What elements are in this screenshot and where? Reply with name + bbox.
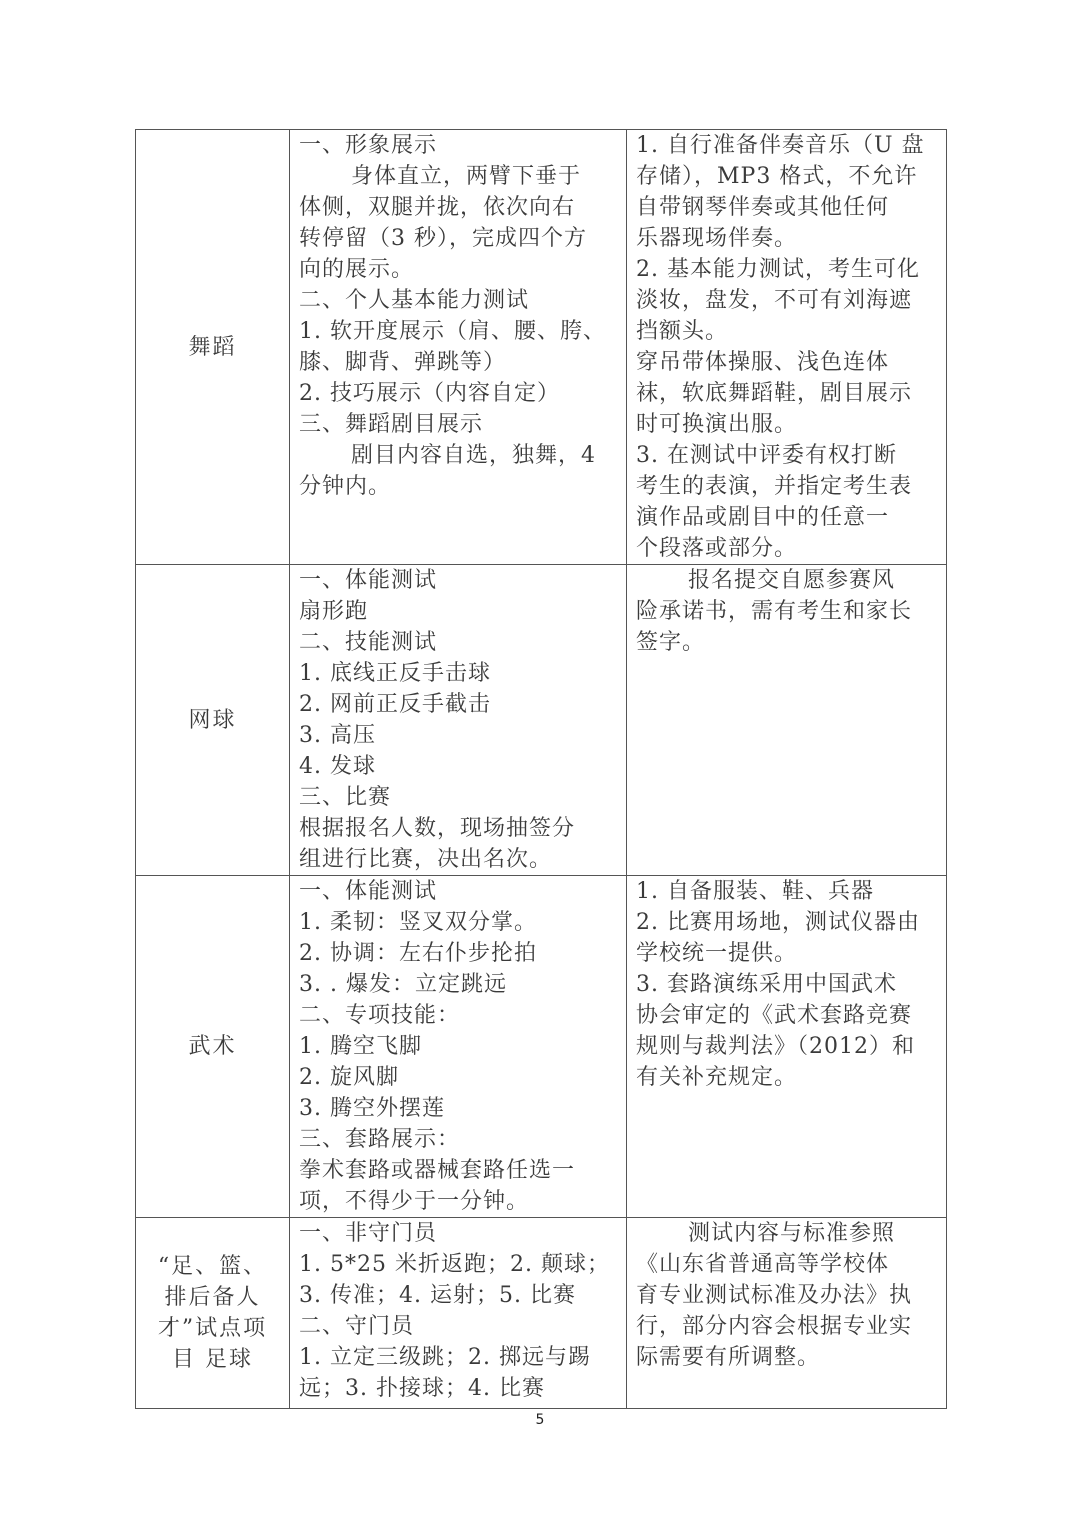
note-line: 3. 在测试中评委有权打断 [636, 440, 938, 471]
test-content-line: 3. . 爆发：立定跳远 [299, 969, 618, 1000]
note-line: 测试内容与标准参照 [636, 1218, 938, 1249]
test-content-line: 二、个人基本能力测试 [299, 285, 618, 316]
note-line: 2. 比赛用场地，测试仪器由 [636, 907, 938, 938]
page-number: 5 [0, 1412, 1080, 1428]
test-content-line: 1. 软开度展示（肩、腰、胯、 [299, 316, 618, 347]
requirements-notes-cell: 测试内容与标准参照《山东省普通高等学校体育专业测试标准及办法》执行，部分内容会根… [627, 1218, 947, 1409]
test-content-line: 体侧，双腿并拢，依次向右 [299, 192, 618, 223]
test-content-line: 剧目内容自选，独舞，4 [299, 440, 618, 471]
test-content-line: 向的展示。 [299, 254, 618, 285]
test-content-line: 1. 5*25 米折返跑；2. 颠球； [299, 1249, 618, 1280]
note-line: 行，部分内容会根据专业实 [636, 1311, 938, 1342]
table-row-football: “足、篮、排后备人才”试点项目 足球 一、非守门员1. 5*25 米折返跑；2.… [136, 1218, 947, 1409]
note-line: 协会审定的《武术套路竞赛 [636, 1000, 938, 1031]
table-row-dance: 舞蹈 一、形象展示身体直立，两臂下垂于体侧，双腿并拢，依次向右转停留（3 秒），… [136, 130, 947, 565]
note-line: 自带钢琴伴奏或其他任何 [636, 192, 938, 223]
test-content-line: 3. 高压 [299, 720, 618, 751]
note-line: 《山东省普通高等学校体 [636, 1249, 938, 1280]
note-line: 规则与裁判法》（2012）和 [636, 1031, 938, 1062]
requirements-notes-cell: 报名提交自愿参赛风险承诺书，需有考生和家长签字。 [627, 565, 947, 876]
note-line: 险承诺书，需有考生和家长 [636, 596, 938, 627]
table-row-tennis: 网球 一、体能测试扇形跑二、技能测试1. 底线正反手击球2. 网前正反手截击3.… [136, 565, 947, 876]
event-name-line: 武术 [142, 1031, 283, 1062]
note-line: 学校统一提供。 [636, 938, 938, 969]
test-content-line: 1. 立定三级跳；2. 掷远与踢 [299, 1342, 618, 1373]
note-line: 签字。 [636, 627, 938, 658]
note-line: 穿吊带体操服、浅色连体 [636, 347, 938, 378]
document-page: 舞蹈 一、形象展示身体直立，两臂下垂于体侧，双腿并拢，依次向右转停留（3 秒），… [0, 0, 1080, 1528]
test-content-cell: 一、非守门员1. 5*25 米折返跑；2. 颠球；3. 传准；4. 运射；5. … [290, 1218, 627, 1409]
note-line: 时可换演出服。 [636, 409, 938, 440]
test-content-line: 1. 底线正反手击球 [299, 658, 618, 689]
test-content-line: 1. 柔韧：竖叉双分掌。 [299, 907, 618, 938]
test-content-line: 膝、脚背、弹跳等） [299, 347, 618, 378]
test-content-line: 2. 协调：左右仆步抡拍 [299, 938, 618, 969]
test-content-line: 一、体能测试 [299, 565, 618, 596]
test-content-line: 3. 传准；4. 运射；5. 比赛 [299, 1280, 618, 1311]
test-content-line: 一、体能测试 [299, 876, 618, 907]
test-content-line: 三、舞蹈剧目展示 [299, 409, 618, 440]
event-name-line: 排后备人 [142, 1282, 283, 1313]
test-content-line: 一、形象展示 [299, 130, 618, 161]
test-content-line: 根据报名人数，现场抽签分 [299, 813, 618, 844]
test-content-line: 扇形跑 [299, 596, 618, 627]
event-name-cell: “足、篮、排后备人才”试点项目 足球 [136, 1218, 290, 1409]
event-name-cell: 武术 [136, 876, 290, 1218]
event-name-cell: 舞蹈 [136, 130, 290, 565]
test-content-line: 3. 腾空外摆莲 [299, 1093, 618, 1124]
test-content-line: 分钟内。 [299, 471, 618, 502]
test-content-line: 4. 发球 [299, 751, 618, 782]
test-content-line: 1. 腾空飞脚 [299, 1031, 618, 1062]
note-line: 有关补充规定。 [636, 1062, 938, 1093]
test-content-line: 2. 旋风脚 [299, 1062, 618, 1093]
test-content-line: 三、比赛 [299, 782, 618, 813]
note-line: 际需要有所调整。 [636, 1342, 938, 1373]
test-content-line: 2. 网前正反手截击 [299, 689, 618, 720]
note-line: 报名提交自愿参赛风 [636, 565, 938, 596]
test-content-cell: 一、形象展示身体直立，两臂下垂于体侧，双腿并拢，依次向右转停留（3 秒），完成四… [290, 130, 627, 565]
note-line: 3. 套路演练采用中国武术 [636, 969, 938, 1000]
requirements-notes-cell: 1. 自备服装、鞋、兵器2. 比赛用场地，测试仪器由学校统一提供。3. 套路演练… [627, 876, 947, 1218]
test-content-cell: 一、体能测试扇形跑二、技能测试1. 底线正反手击球2. 网前正反手截击3. 高压… [290, 565, 627, 876]
note-line: 乐器现场伴奏。 [636, 223, 938, 254]
event-name-line: 舞蹈 [142, 332, 283, 363]
test-content-line: 组进行比赛，决出名次。 [299, 844, 618, 875]
note-line: 考生的表演，并指定考生表 [636, 471, 938, 502]
table-row-wushu: 武术 一、体能测试1. 柔韧：竖叉双分掌。2. 协调：左右仆步抡拍3. . 爆发… [136, 876, 947, 1218]
test-content-line: 转停留（3 秒），完成四个方 [299, 223, 618, 254]
note-line: 演作品或剧目中的任意一 [636, 502, 938, 533]
note-line: 淡妆，盘发，不可有刘海遮 [636, 285, 938, 316]
event-name-line: 目 足球 [142, 1344, 283, 1375]
note-line: 袜，软底舞蹈鞋，剧目展示 [636, 378, 938, 409]
test-content-line: 拳术套路或器械套路任选一 [299, 1155, 618, 1186]
test-content-line: 三、套路展示： [299, 1124, 618, 1155]
test-content-line: 远；3. 扑接球；4. 比赛 [299, 1373, 618, 1404]
note-line: 2. 基本能力测试，考生可化 [636, 254, 938, 285]
note-line: 挡额头。 [636, 316, 938, 347]
note-line: 存储），MP3 格式，不允许 [636, 161, 938, 192]
test-content-line: 二、技能测试 [299, 627, 618, 658]
event-name-line: 网球 [142, 705, 283, 736]
note-line: 1. 自行准备伴奏音乐（U 盘 [636, 130, 938, 161]
exam-requirements-table: 舞蹈 一、形象展示身体直立，两臂下垂于体侧，双腿并拢，依次向右转停留（3 秒），… [135, 129, 947, 1409]
test-content-cell: 一、体能测试1. 柔韧：竖叉双分掌。2. 协调：左右仆步抡拍3. . 爆发：立定… [290, 876, 627, 1218]
test-content-line: 2. 技巧展示（内容自定） [299, 378, 618, 409]
test-content-line: 一、非守门员 [299, 1218, 618, 1249]
event-name-line: “足、篮、 [142, 1251, 283, 1282]
note-line: 1. 自备服装、鞋、兵器 [636, 876, 938, 907]
note-line: 个段落或部分。 [636, 533, 938, 564]
test-content-line: 项，不得少于一分钟。 [299, 1186, 618, 1217]
requirements-notes-cell: 1. 自行准备伴奏音乐（U 盘存储），MP3 格式，不允许自带钢琴伴奏或其他任何… [627, 130, 947, 565]
event-name-cell: 网球 [136, 565, 290, 876]
note-line: 育专业测试标准及办法》执 [636, 1280, 938, 1311]
test-content-line: 二、守门员 [299, 1311, 618, 1342]
event-name-line: 才”试点项 [142, 1313, 283, 1344]
test-content-line: 身体直立，两臂下垂于 [299, 161, 618, 192]
test-content-line: 二、专项技能： [299, 1000, 618, 1031]
